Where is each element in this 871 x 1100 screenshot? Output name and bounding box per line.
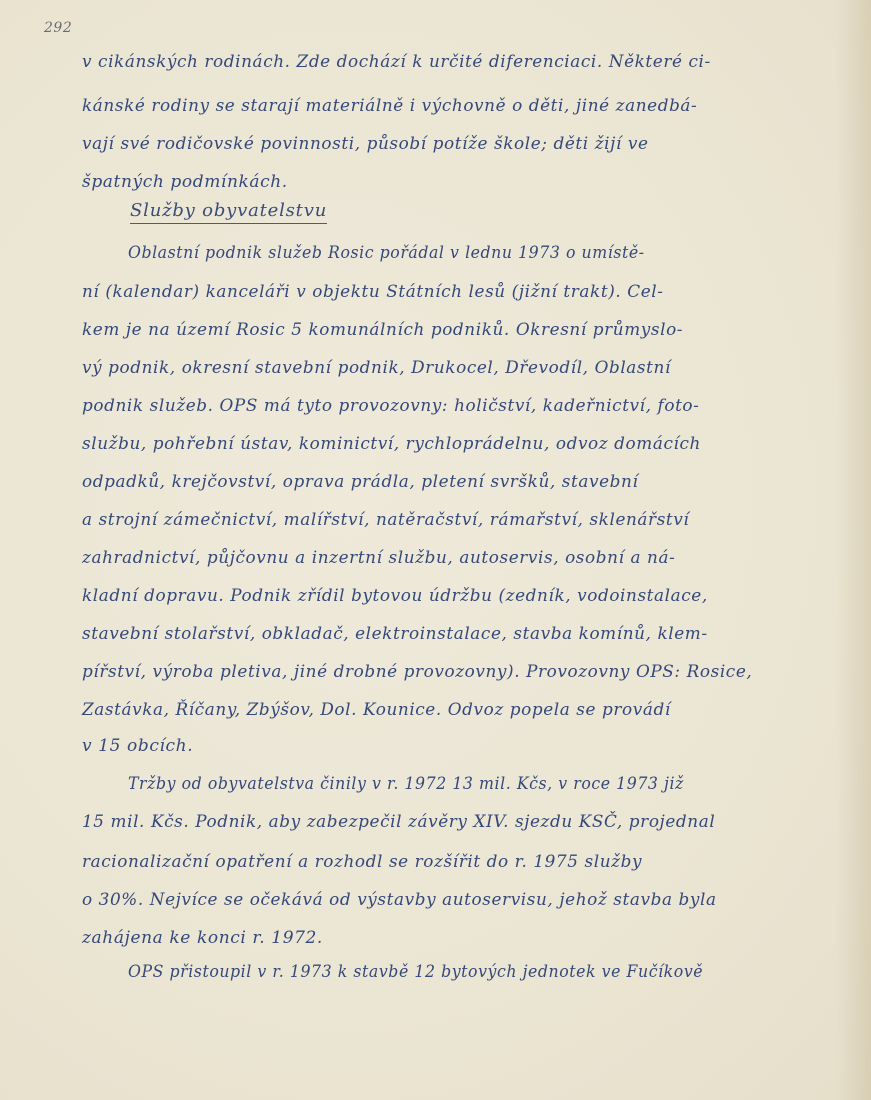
text-line: racionalizační opatření a rozhodl se roz…	[82, 852, 795, 872]
text-line: podnik služeb. OPS má tyto provozovny: h…	[82, 396, 795, 416]
text-line: vají své rodičovské povinnosti, působí p…	[82, 134, 795, 154]
text-line: ní (kalendar) kanceláři v objektu Státní…	[82, 282, 795, 302]
text-line: Tržby od obyvatelstva činily v r. 1972 1…	[128, 774, 795, 794]
text-line: o 30%. Nejvíce se očekává od výstavby au…	[82, 890, 795, 910]
text-line: zahradnictví, půjčovnu a inzertní službu…	[82, 548, 795, 568]
text-line: v 15 obcích.	[82, 736, 802, 756]
page-number: 292	[44, 20, 72, 36]
text-line: špatných podmínkách.	[82, 172, 802, 192]
text-line: zahájena ke konci r. 1972.	[82, 928, 802, 948]
text-line: OPS přistoupil v r. 1973 k stavbě 12 byt…	[128, 962, 795, 982]
text-line: a strojní zámečnictví, malířství, natěra…	[82, 510, 795, 530]
section-heading: Služby obyvatelstvu	[130, 200, 327, 224]
text-line: kem je na území Rosic 5 komunálních podn…	[82, 320, 795, 340]
text-line: Zastávka, Říčany, Zbýšov, Dol. Kounice. …	[82, 700, 795, 720]
text-line: kladní dopravu. Podnik zřídil bytovou úd…	[82, 586, 795, 606]
text-line: 15 mil. Kčs. Podnik, aby zabezpečil závě…	[82, 812, 795, 832]
manuscript-page: 292 v cikánských rodinách. Zde dochází k…	[0, 0, 871, 1100]
text-line: službu, pohřební ústav, kominictví, rych…	[82, 434, 795, 454]
text-line: odpadků, krejčovství, oprava prádla, ple…	[82, 472, 795, 492]
text-line: kánské rodiny se starají materiálně i vý…	[82, 96, 795, 116]
text-line: v cikánských rodinách. Zde dochází k urč…	[82, 52, 795, 72]
text-line: Oblastní podnik služeb Rosic pořádal v l…	[128, 243, 795, 263]
text-line: vý podnik, okresní stavební podnik, Druk…	[82, 358, 795, 378]
text-line: pířství, výroba pletiva, jiné drobné pro…	[82, 662, 795, 682]
text-line: stavební stolařství, obkladač, elektroin…	[82, 624, 795, 644]
